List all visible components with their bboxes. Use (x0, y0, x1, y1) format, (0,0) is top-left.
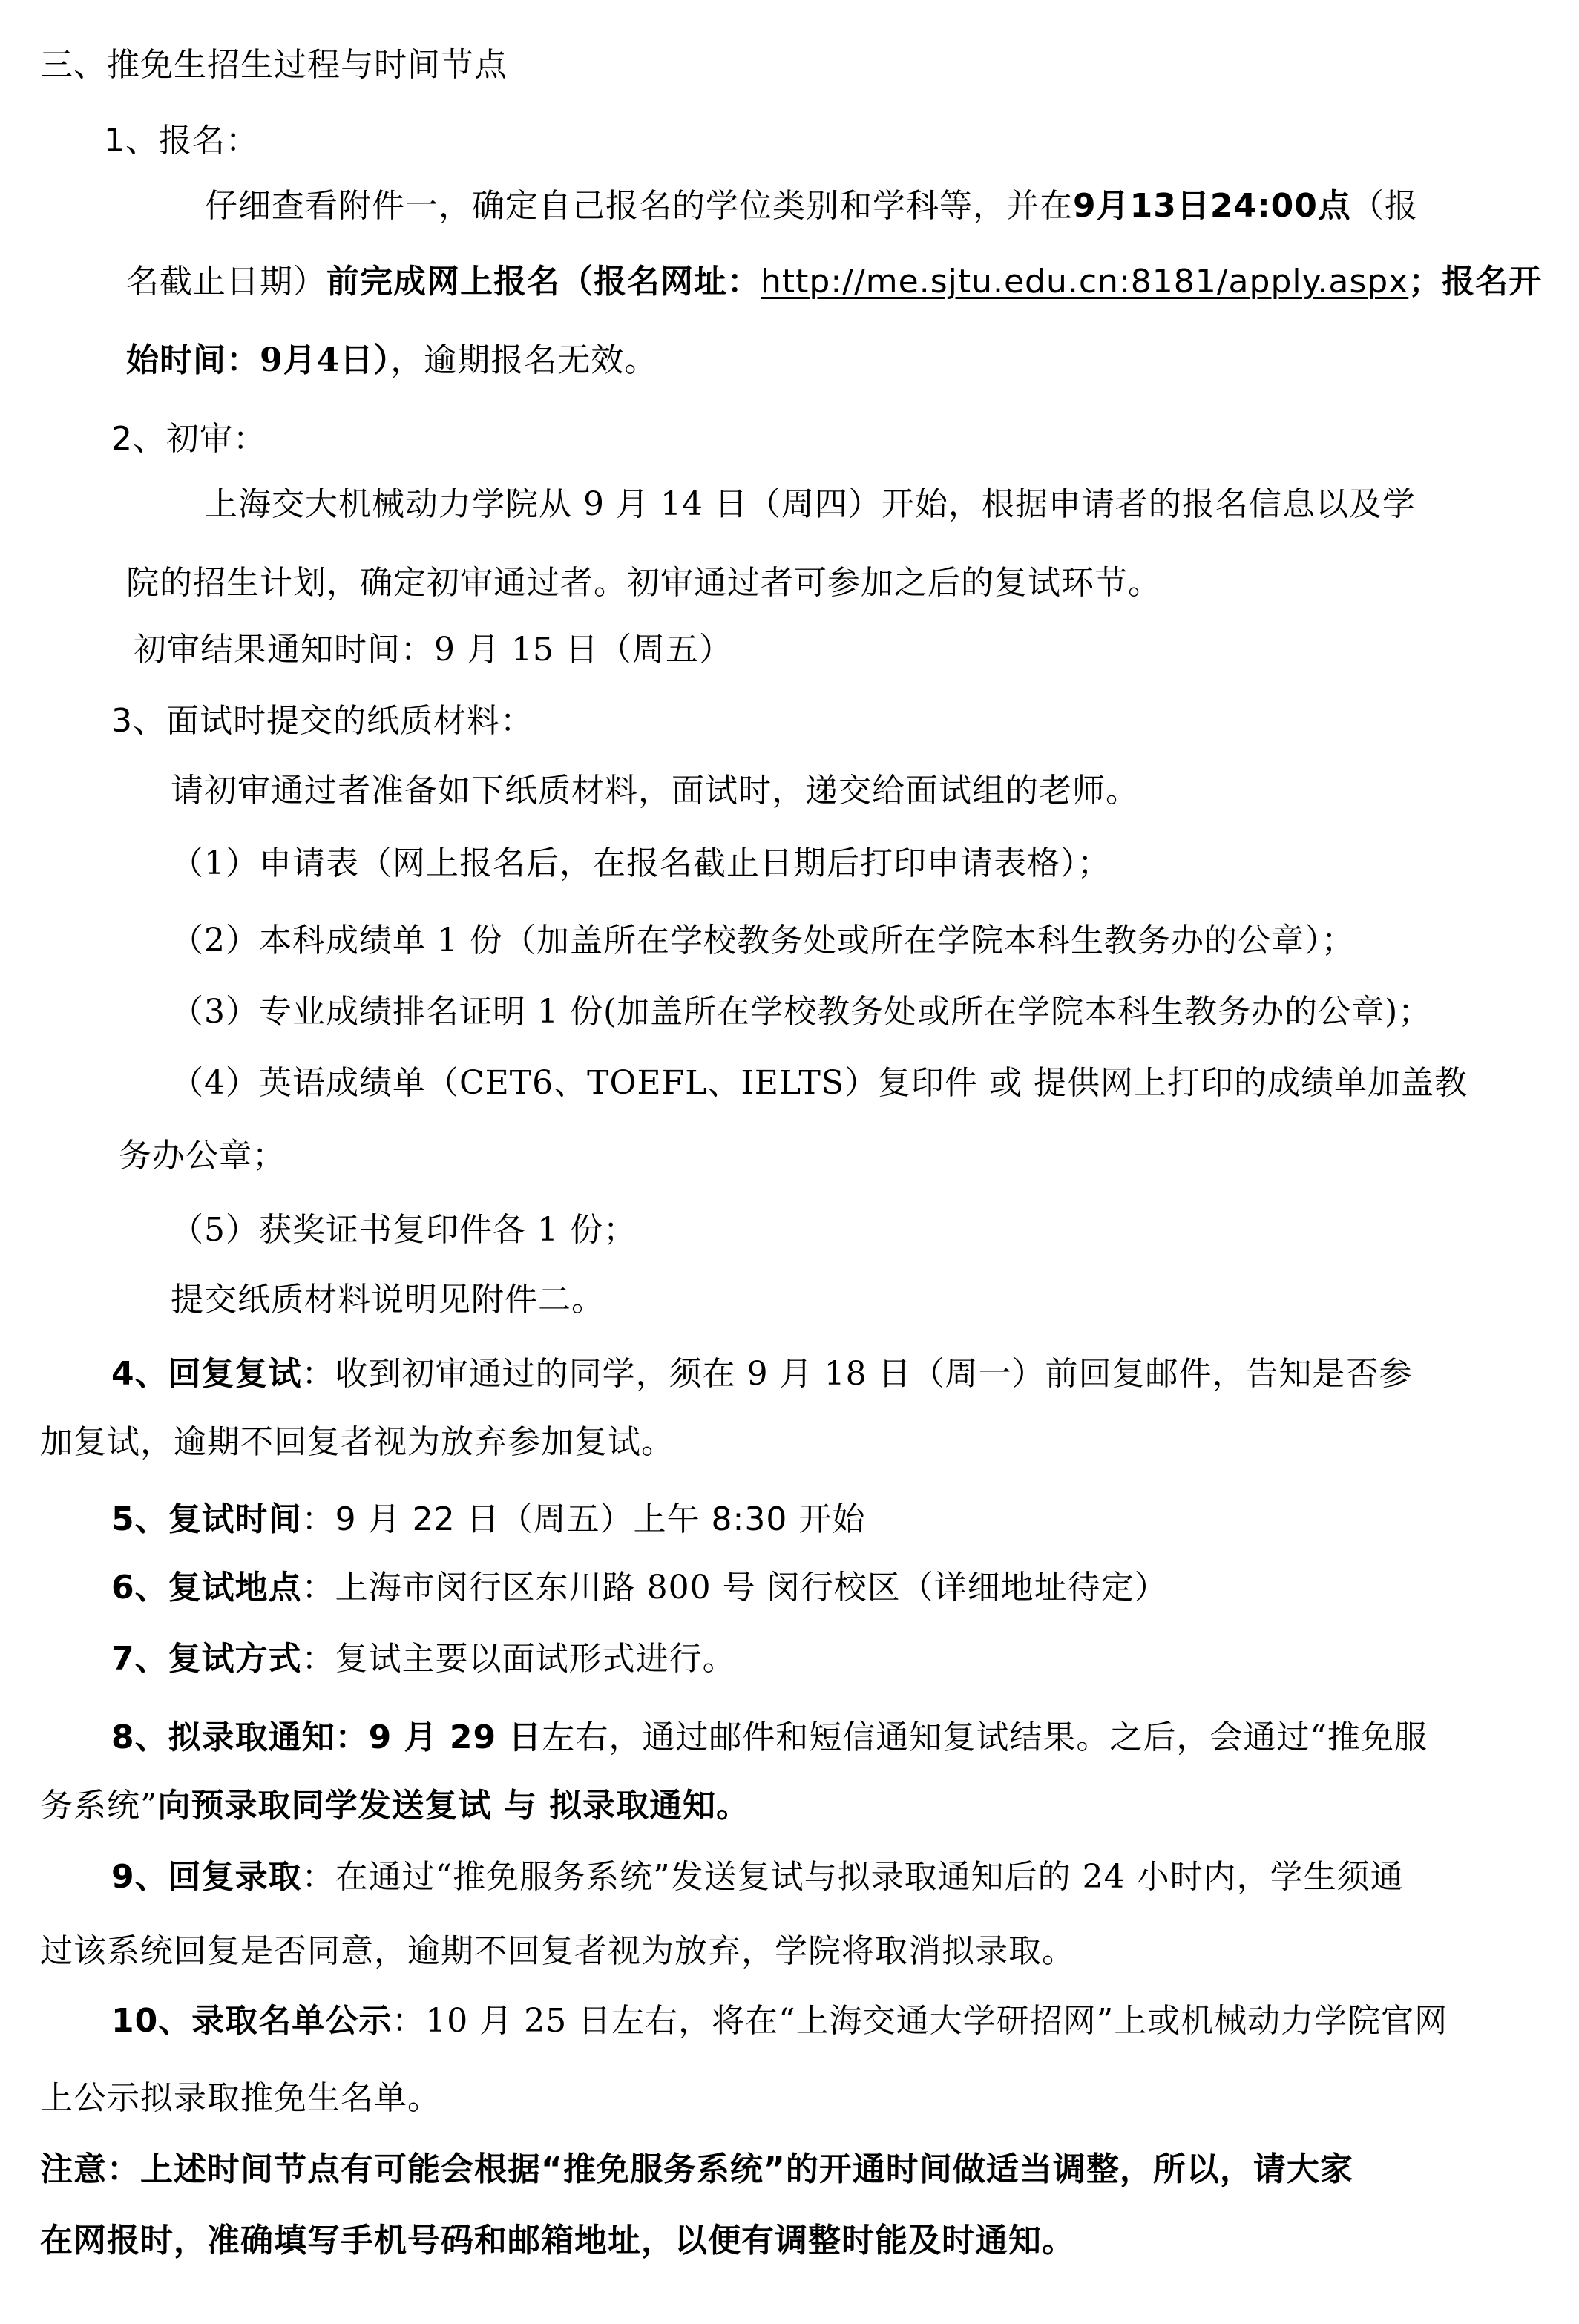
retest-mode-heading: 7、复试方式 (111, 1640, 302, 1678)
reply-retest-text: ：收到初审通过的同学，须在 9 月 18 日（周一）前回复邮件，告知是否参 (302, 1355, 1413, 1393)
retest-time-line: 5、复试时间：9 月 22 日（周五）上午 8:30 开始 (111, 1497, 865, 1542)
retest-place-value: ：上海市闵行区东川路 800 号 闵行校区（详细地址待定） (302, 1569, 1168, 1606)
materials-item-3: （3）专业成绩排名证明 1 份(加盖所在学校教务处或所在学院本科生教务办的公章)… (171, 990, 1431, 1034)
materials-item-2: （2）本科成绩单 1 份（加盖所在学校教务处或所在学院本科生教务办的公章）； (171, 919, 1355, 963)
signup-start-date: 始时间：9月4日） (126, 341, 390, 379)
reply-retest-heading: 4、回复复试 (111, 1355, 302, 1393)
materials-note: 提交纸质材料说明见附件二。 (171, 1278, 605, 1322)
signup-heading: 1、报名： (104, 119, 259, 163)
signup-instruction-text: 仔细查看附件一，确定自己报名的学位类别和学科等，并在 (205, 187, 1073, 225)
notice-line-1: 注意：上述时间节点有可能会根据“推免服务系统”的开通时间做适当调整，所以，请大家 (40, 2147, 1353, 2192)
signup-deadline: 9月13日24:00点 (1073, 187, 1351, 225)
materials-item-4-continued: 务办公章； (119, 1134, 286, 1178)
pre-admission-line-2: 务系统”向预录取同学发送复试 与 拟录取通知。 (40, 1784, 749, 1828)
publicity-line-2: 上公示拟录取推免生名单。 (40, 2076, 441, 2121)
pre-admission-send-notice: 向预录取同学发送复试 与 拟录取通知。 (158, 1787, 750, 1825)
retest-place-line: 6、复试地点：上海市闵行区东川路 800 号 闵行校区（详细地址待定） (111, 1566, 1168, 1610)
signup-start-label: ；报名开 (1408, 263, 1542, 301)
publicity-line-1: 10、录取名单公示：10 月 25 日左右，将在“上海交通大学研招网”上或机械动… (111, 1999, 1448, 2044)
retest-place-heading: 6、复试地点 (111, 1569, 302, 1606)
retest-mode-line: 7、复试方式：复试主要以面试形式进行。 (111, 1637, 736, 1681)
signup-url-label: （报名网址： (560, 263, 761, 301)
system-name-continued: 务系统” (40, 1787, 158, 1825)
retest-time-value: ：9 月 22 日（周五）上午 8:30 开始 (302, 1500, 866, 1538)
reply-admission-heading: 9、回复录取 (111, 1858, 302, 1896)
section-title: 三、推免生招生过程与时间节点 (40, 43, 508, 88)
reply-admission-text: ：在通过“推免服务系统”发送复试与拟录取通知后的 24 小时内，学生须通 (302, 1858, 1404, 1896)
pre-admission-line-1: 8、拟录取通知：9 月 29 日左右，通过邮件和短信通知复试结果。之后，会通过“… (111, 1716, 1428, 1760)
publicity-heading: 10、录取名单公示 (111, 2002, 392, 2040)
late-signup-invalid: ，逾期报名无效。 (390, 341, 657, 379)
publicity-text: ：10 月 25 日左右，将在“上海交通大学研招网”上或机械动力学院官网 (392, 2002, 1448, 2040)
online-signup-instruction: 前完成网上报名 (326, 263, 560, 301)
materials-intro: 请初审通过者准备如下纸质材料，面试时，递交给面试组的老师。 (171, 769, 1139, 813)
materials-item-5: （5）获奖证书复印件各 1 份； (171, 1208, 637, 1253)
deadline-label: 名截止日期） (126, 263, 326, 301)
signup-paragraph-line-2: 名截止日期）前完成网上报名（报名网址：http://me.sjtu.edu.cn… (126, 260, 1542, 304)
reply-admission-line-1: 9、回复录取：在通过“推免服务系统”发送复试与拟录取通知后的 24 小时内，学生… (111, 1855, 1404, 1900)
pre-admission-heading: 8、拟录取通知：9 月 29 日 (111, 1719, 542, 1756)
prelim-paragraph-line-1: 上海交大机械动力学院从 9 月 14 日（周四）开始，根据申请者的报名信息以及学 (205, 482, 1416, 527)
prelim-paragraph-line-2: 院的招生计划，确定初审通过者。初审通过者可参加之后的复试环节。 (126, 561, 1161, 605)
materials-item-1: （1）申请表（网上报名后，在报名截止日期后打印申请表格）； (171, 841, 1111, 886)
signup-paragraph-line-3: 始时间：9月4日），逾期报名无效。 (126, 338, 657, 383)
signup-url-link[interactable]: http://me.sjtu.edu.cn:8181/apply.aspx (761, 263, 1408, 301)
notice-line-2: 在网报时，准确填写手机号码和邮箱地址，以便有调整时能及时通知。 (40, 2219, 1075, 2263)
prelim-heading: 2、初审： (111, 417, 266, 462)
retest-mode-value: ：复试主要以面试形式进行。 (302, 1640, 736, 1678)
prelim-result-date: 初审结果通知时间：9 月 15 日（周五） (134, 628, 732, 672)
signup-paren-open: （报 (1351, 187, 1418, 225)
reply-retest-line-1: 4、回复复试：收到初审通过的同学，须在 9 月 18 日（周一）前回复邮件，告知… (111, 1352, 1413, 1396)
pre-admission-text: 左右，通过邮件和短信通知复试结果。之后，会通过“推免服 (542, 1719, 1428, 1756)
materials-heading: 3、面试时提交的纸质材料： (111, 699, 534, 744)
materials-item-4: （4）英语成绩单（CET6、TOEFL、IELTS）复印件 或 提供网上打印的成… (171, 1061, 1468, 1106)
retest-time-heading: 5、复试时间 (111, 1500, 302, 1538)
reply-admission-line-2: 过该系统回复是否同意，逾期不回复者视为放弃，学院将取消拟录取。 (40, 1929, 1075, 1974)
signup-paragraph-line-1: 仔细查看附件一，确定自己报名的学位类别和学科等，并在9月13日24:00点（报 (205, 184, 1418, 229)
reply-retest-line-2: 加复试，逾期不回复者视为放弃参加复试。 (40, 1420, 674, 1465)
